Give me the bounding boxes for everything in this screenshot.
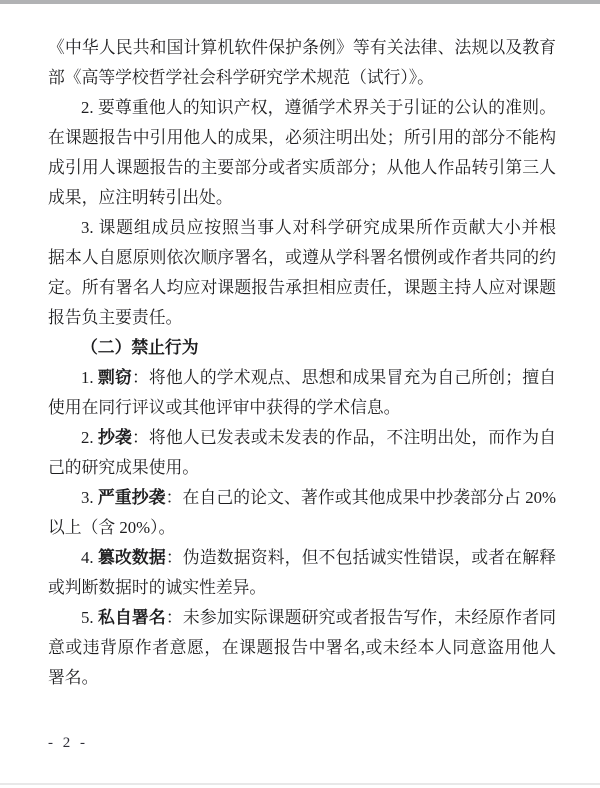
item-term: 私自署名 bbox=[98, 608, 166, 627]
paragraph-laws-continuation: 《中华人民共和国计算机软件保护条例》等有关法律、法规以及教育 部《高等学校哲学社… bbox=[48, 33, 556, 93]
item-number: 1. bbox=[81, 368, 98, 387]
item-text: ：伪造数据资料，但不包括诚实性错误，或者在解释 bbox=[166, 548, 556, 567]
text-line: 以上（含 20%）。 bbox=[48, 513, 556, 543]
text-line: 据本人自愿原则依次顺序署名，或遵从学科署名惯例或作者共同的约 bbox=[48, 243, 556, 273]
text-line: 5. 私自署名：未参加实际课题研究或者报告写作，未经原作者同 bbox=[48, 603, 556, 633]
text-line: 使用在同行评议或其他评审中获得的学术信息。 bbox=[48, 393, 556, 423]
text-line: 定。所有署名人均应对课题报告承担相应责任，课题主持人应对课题 bbox=[48, 273, 556, 303]
item-text: ：未参加实际课题研究或者报告写作，未经原作者同 bbox=[166, 608, 556, 627]
item-term: 篡改数据 bbox=[98, 548, 166, 567]
paragraph-prohibited-1-plagiarism: 1. 剽窃：将他人的学术观点、思想和成果冒充为自己所创；擅自 使用在同行评议或其… bbox=[48, 363, 556, 423]
text-line: 成果，应注明转引出处。 bbox=[48, 183, 556, 213]
text-line: 3. 严重抄袭：在自己的论文、著作或其他成果中抄袭部分占 20% bbox=[48, 483, 556, 513]
paragraph-prohibited-2-copying: 2. 抄袭：将他人已发表或未发表的作品，不注明出处，而作为自 己的研究成果使用。 bbox=[48, 423, 556, 483]
text-line: 署名。 bbox=[48, 663, 556, 693]
text-line: 己的研究成果使用。 bbox=[48, 453, 556, 483]
text-line: 在课题报告中引用他人的成果，必须注明出处；所引用的部分不能构 bbox=[48, 123, 556, 153]
text-line: 成引用人课题报告的主要部分或者实质部分；从他人作品转引第三人 bbox=[48, 153, 556, 183]
scan-edge-bottom bbox=[0, 783, 600, 785]
page-number: - 2 - bbox=[48, 735, 88, 752]
text-line: 《中华人民共和国计算机软件保护条例》等有关法律、法规以及教育 bbox=[48, 33, 556, 63]
item-term: 剽窃 bbox=[98, 368, 132, 387]
text-line: 报告负主要责任。 bbox=[48, 303, 556, 333]
section-heading-prohibited: （二）禁止行为 bbox=[48, 333, 556, 363]
item-term: 严重抄袭 bbox=[98, 488, 166, 507]
item-text: ：在自己的论文、著作或其他成果中抄袭部分占 20% bbox=[166, 488, 556, 507]
text-line: 2. 要尊重他人的知识产权，遵循学术界关于引证的公认的准则。 bbox=[48, 93, 556, 123]
text-line: 1. 剽窃：将他人的学术观点、思想和成果冒充为自己所创；擅自 bbox=[48, 363, 556, 393]
scan-edge-top bbox=[0, 0, 600, 4]
item-text: ：将他人已发表或未发表的作品，不注明出处，而作为自 bbox=[132, 428, 556, 447]
paragraph-item-2-respect-ip: 2. 要尊重他人的知识产权，遵循学术界关于引证的公认的准则。 在课题报告中引用他… bbox=[48, 93, 556, 213]
text-line: 或判断数据时的诚实性差异。 bbox=[48, 573, 556, 603]
paragraph-prohibited-4-data-falsification: 4. 篡改数据：伪造数据资料，但不包括诚实性错误，或者在解释 或判断数据时的诚实… bbox=[48, 543, 556, 603]
item-number: 5. bbox=[81, 608, 98, 627]
text-line: 3. 课题组成员应按照当事人对科学研究成果所作贡献大小并根 bbox=[48, 213, 556, 243]
text-line: 意或违背原作者意愿，在课题报告中署名,或未经本人同意盗用他人 bbox=[48, 633, 556, 663]
text-line: 部《高等学校哲学社会科学研究学术规范（试行）》。 bbox=[48, 63, 556, 93]
scanned-document-page: 《中华人民共和国计算机软件保护条例》等有关法律、法规以及教育 部《高等学校哲学社… bbox=[0, 0, 600, 788]
section-heading: （二）禁止行为 bbox=[48, 333, 556, 363]
document-body: 《中华人民共和国计算机软件保护条例》等有关法律、法规以及教育 部《高等学校哲学社… bbox=[48, 33, 556, 693]
paragraph-item-3-signature-order: 3. 课题组成员应按照当事人对科学研究成果所作贡献大小并根 据本人自愿原则依次顺… bbox=[48, 213, 556, 333]
paragraph-prohibited-3-severe-copying: 3. 严重抄袭：在自己的论文、著作或其他成果中抄袭部分占 20% 以上（含 20… bbox=[48, 483, 556, 543]
item-number: 3. bbox=[81, 488, 98, 507]
text-line: 2. 抄袭：将他人已发表或未发表的作品，不注明出处，而作为自 bbox=[48, 423, 556, 453]
text-line: 4. 篡改数据：伪造数据资料，但不包括诚实性错误，或者在解释 bbox=[48, 543, 556, 573]
item-term: 抄袭 bbox=[98, 428, 132, 447]
item-number: 2. bbox=[81, 428, 98, 447]
paragraph-prohibited-5-unauthorized-signing: 5. 私自署名：未参加实际课题研究或者报告写作，未经原作者同 意或违背原作者意愿… bbox=[48, 603, 556, 693]
item-text: ：将他人的学术观点、思想和成果冒充为自己所创；擅自 bbox=[132, 368, 556, 387]
item-number: 4. bbox=[81, 548, 98, 567]
